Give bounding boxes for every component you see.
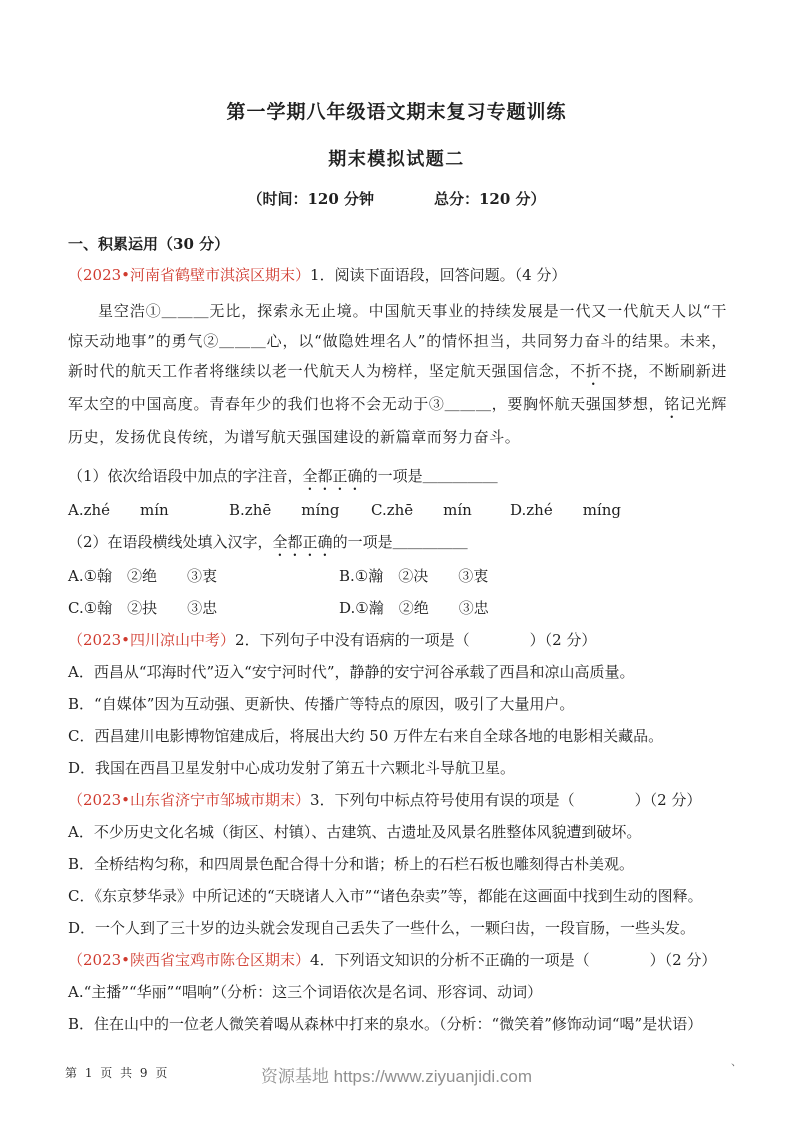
emphasized-text: 折 — [586, 362, 602, 380]
q1-sub2-stem: （2）在语段横线处填入汉字，全都正确的一项是＿＿＿＿＿ — [68, 526, 727, 560]
q1-heading: （2023•河南省鹤壁市淇滨区期末）1．阅读下面语段，回答问题。（4 分） — [68, 259, 727, 291]
q2-option-c: C．西昌建川电影博物馆建成后，将展出大约 50 万件左右来自全球各地的电影相关藏… — [68, 720, 727, 752]
q1-pinyin-option-a: A.zhé mín — [68, 494, 229, 526]
q2-option-d: D．我国在西昌卫星发射中心成功发射了第五十六颗北斗导航卫星。 — [68, 752, 727, 784]
q1-hanzi-option-a: A.①翰 ②绝 ③衷 — [68, 560, 339, 592]
exam-header: 第一学期八年级语文期末复习专题训练 期末模拟试题二 （时间：120 分钟 总分：… — [0, 0, 793, 209]
q3-option-c: C．《东京梦华录》中所记述的“天晓诸人入市”“诸色杂卖”等，都能在这画面中找到生… — [68, 880, 727, 912]
q3-option-b: B．全桥结构匀称，和四周景色配合得十分和谐；桥上的石栏石板也雕刻得古朴美观。 — [68, 848, 727, 880]
q3-heading: （2023•山东省济宁市邹城市期末）3．下列句中标点符号使用有误的项是（ ）（2… — [68, 784, 727, 816]
text-run: （1）依次给语段中加点的字注音， — [68, 467, 303, 485]
watermark-text: 资源基地 https://www.ziyuanjidi.com — [0, 1062, 793, 1087]
emphasized-text: 全都正确 — [273, 533, 333, 551]
text-run: 的一项是＿＿＿＿＿ — [333, 533, 468, 551]
q3-option-d: D．一个人到了三十岁的边头就会发现自己丢失了一些什么，一颗臼齿，一段盲肠，一些头… — [68, 912, 727, 944]
text-run: （2）在语段横线处填入汉字， — [68, 533, 273, 551]
q1-source-tag: （2023•河南省鹤壁市淇滨区期末） — [68, 266, 310, 284]
q4-option-b: B．住在山中的一位老人微笑着喝从森林中打来的泉水。（分析：“微笑着”修饰动词“喝… — [68, 1008, 727, 1040]
q1-passage: 星空浩①＿＿＿无比，探索永无止境。中国航天事业的持续发展是一代又一代航天人以“干… — [68, 296, 727, 452]
q2-source-tag: （2023•四川凉山中考） — [68, 631, 235, 649]
q1-hanzi-row-1: A.①翰 ②绝 ③衷B.①瀚 ②决 ③衷 — [68, 560, 727, 592]
q1-hanzi-option-b: B.①瀚 ②决 ③衷 — [339, 567, 488, 585]
q1-stem: 1．阅读下面语段，回答问题。（4 分） — [310, 266, 566, 284]
q4-option-a: A.“主播”“华丽”“唱响”（分析：这三个词语依次是名词、形容词、动词） — [68, 976, 727, 1008]
exam-time-score: （时间：120 分钟 总分：120 分） — [0, 189, 793, 209]
section-heading: 一、积累运用（30 分） — [68, 229, 727, 259]
emphasized-text: 全都正确 — [303, 467, 363, 485]
q2-stem: 2．下列句子中没有语病的一项是（ ）（2 分） — [235, 631, 596, 649]
q1-pinyin-option-b: B.zhē míng — [229, 494, 371, 526]
q4-source-tag: （2023•陕西省宝鸡市陈仓区期末） — [68, 951, 310, 969]
text-run: 的一项是＿＿＿＿＿ — [363, 467, 498, 485]
exam-body: 一、积累运用（30 分） （2023•河南省鹤壁市淇滨区期末）1．阅读下面语段，… — [0, 229, 793, 1040]
q4-heading: （2023•陕西省宝鸡市陈仓区期末）4．下列语文知识的分析不正确的一项是（ ）（… — [68, 944, 727, 976]
stray-mark: 、 — [731, 1053, 742, 1069]
q1-pinyin-option-c: C.zhē mín — [371, 494, 510, 526]
q2-option-b: B．“自媒体”因为互动强、更新快、传播广等特点的原因，吸引了大量用户。 — [68, 688, 727, 720]
q2-option-a: A．西昌从“邛海时代”迈入“安宁河时代”，静静的安宁河谷承载了西昌和凉山高质量。 — [68, 656, 727, 688]
emphasized-text: 铭 — [664, 395, 680, 413]
q1-hanzi-row-2: C.①翰 ②抉 ③忠D.①瀚 ②绝 ③忠 — [68, 592, 727, 624]
q1-pinyin-option-d: D.zhé míng — [510, 494, 621, 526]
page-subtitle: 期末模拟试题二 — [0, 148, 793, 171]
q3-source-tag: （2023•山东省济宁市邹城市期末） — [68, 791, 310, 809]
q1-hanzi-option-d: D.①瀚 ②绝 ③忠 — [339, 599, 489, 617]
q4-stem: 4．下列语文知识的分析不正确的一项是（ ）（2 分） — [310, 951, 716, 969]
q3-option-a: A．不少历史文化名城（街区、村镇）、古建筑、古遗址及风景名胜整体风貌遭到破坏。 — [68, 816, 727, 848]
q2-heading: （2023•四川凉山中考）2．下列句子中没有语病的一项是（ ）（2 分） — [68, 624, 727, 656]
q1-sub1-stem: （1）依次给语段中加点的字注音，全都正确的一项是＿＿＿＿＿ — [68, 460, 727, 494]
q1-hanzi-option-c: C.①翰 ②抉 ③忠 — [68, 592, 339, 624]
exam-page: 第一学期八年级语文期末复习专题训练 期末模拟试题二 （时间：120 分钟 总分：… — [0, 0, 793, 1122]
q3-stem: 3．下列句中标点符号使用有误的项是（ ）（2 分） — [310, 791, 701, 809]
page-title: 第一学期八年级语文期末复习专题训练 — [0, 100, 793, 124]
q1-pinyin-options: A.zhé mínB.zhē míngC.zhē mínD.zhé míng — [68, 494, 727, 526]
